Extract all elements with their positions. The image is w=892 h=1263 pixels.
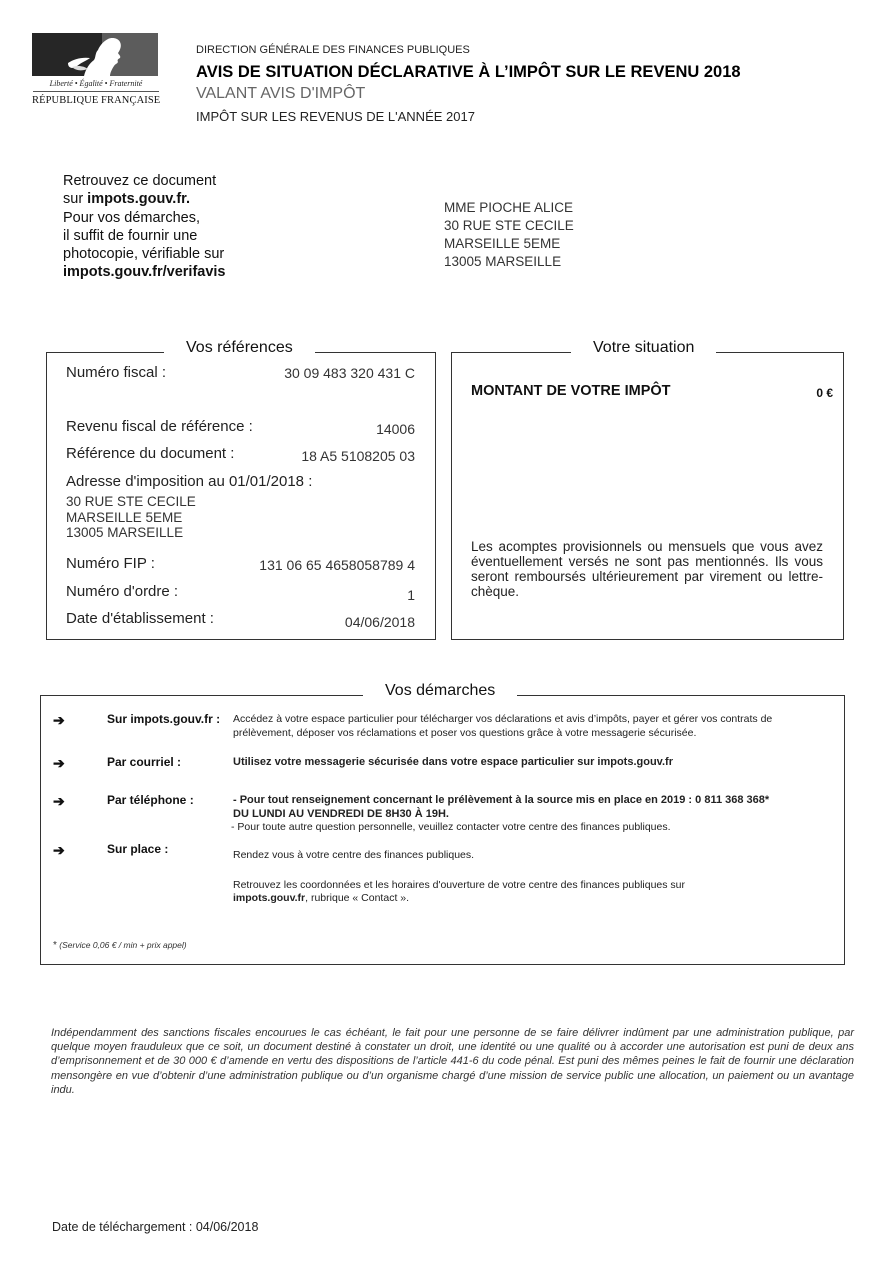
numero-fip-row: Numéro FIP : 131 06 65 4658058789 4 [66,555,415,572]
republique-francaise-logo: Liberté • Égalité • Fraternité RÉPUBLIQU… [32,33,160,109]
arrow-right-icon: ➔ [53,793,65,810]
demarche-text: Accédez à votre espace particulier pour … [233,713,814,740]
situation-title: Votre situation [571,339,716,357]
intro-line: sur impots.gouv.fr. [63,190,226,208]
numero-fip-value: 131 06 65 4658058789 4 [259,557,415,573]
sur-place-line: impots.gouv.fr, rubrique « Contact ». [233,892,814,906]
demarche-label: Par courriel : [107,755,181,769]
demarche-text: Rendez vous à votre centre des finances … [233,849,814,906]
marianne-icon [32,33,158,76]
department-name: DIRECTION GÉNÉRALE DES FINANCES PUBLIQUE… [196,44,470,56]
intro-line: Retrouvez ce document [63,172,226,190]
numero-ordre-row: Numéro d'ordre : 1 [66,583,415,600]
reference-document-value: 18 A5 5108205 03 [301,448,415,464]
motto: Liberté • Égalité • Fraternité [32,79,160,88]
republic-name: RÉPUBLIQUE FRANÇAISE [32,95,160,106]
intro-line: Pour vos démarches, [63,209,226,227]
demarche-text: - Pour tout renseignement concernant le … [233,794,814,835]
contact-rubrique: , rubrique « Contact ». [305,892,409,904]
impots-link[interactable]: impots.gouv.fr. [87,191,190,207]
date-etablissement-value: 04/06/2018 [345,614,415,630]
adresse-district: MARSEILLE 5EME [66,510,196,526]
verifavis-link[interactable]: impots.gouv.fr/verifavis [63,264,226,280]
document-title: AVIS DE SITUATION DÉCLARATIVE À L’IMPÔT … [196,63,741,82]
recipient-address: MME PIOCHE ALICE 30 RUE STE CECILE MARSE… [444,199,574,271]
revenu-fiscal-label: Revenu fiscal de référence : [66,418,253,435]
intro-prefix: sur [63,191,87,207]
document-subtitle: VALANT AVIS D'IMPÔT [196,85,365,103]
adresse-imposition-label: Adresse d'imposition au 01/01/2018 : [66,473,415,490]
sur-place-line: Rendez vous à votre centre des finances … [233,849,814,863]
date-etablissement-label: Date d'établissement : [66,610,214,627]
demarche-text: Utilisez votre messagerie sécurisée dans… [233,756,814,770]
recipient-name: MME PIOCHE ALICE [444,199,574,217]
reference-document-row: Référence du document : 18 A5 5108205 03 [66,445,415,462]
montant-value: 0 € [816,386,833,400]
download-date: Date de téléchargement : 04/06/2018 [52,1220,258,1234]
numero-fip-label: Numéro FIP : [66,555,155,572]
adresse-city: 13005 MARSEILLE [66,525,196,541]
income-year: IMPÔT SUR LES REVENUS DE L'ANNÉE 2017 [196,109,475,124]
recipient-district: MARSEILLE 5EME [444,235,574,253]
arrow-right-icon: ➔ [53,712,65,729]
arrow-right-icon: ➔ [53,755,65,772]
numero-fiscal-row: Numéro fiscal : 30 09 483 320 431 C [66,364,415,381]
impots-link[interactable]: impots.gouv.fr [233,892,305,904]
telephone-other: - Pour toute autre question personnelle,… [231,821,814,835]
footnote: * (Service 0,06 € / min + prix appel) [53,940,187,951]
revenu-fiscal-value: 14006 [376,421,415,437]
revenu-fiscal-row: Revenu fiscal de référence : 14006 [66,418,415,435]
references-box: Vos références Numéro fiscal : 30 09 483… [46,352,436,640]
intro-line: photocopie, vérifiable sur [63,245,226,263]
demarche-label: Sur place : [107,842,168,856]
montant-label: MONTANT DE VOTRE IMPÔT [471,383,671,399]
situation-box: Votre situation MONTANT DE VOTRE IMPÔT 0… [451,352,844,640]
footnote-text: (Service 0,06 € / min + prix appel) [59,940,186,950]
sur-place-line: Retrouvez les coordonnées et les horaire… [233,879,814,893]
demarche-label: Sur impots.gouv.fr : [107,712,220,726]
adresse-imposition: 30 RUE STE CECILE MARSEILLE 5EME 13005 M… [66,494,196,541]
adresse-street: 30 RUE STE CECILE [66,494,196,510]
recipient-city: 13005 MARSEILLE [444,253,574,271]
numero-fiscal-label: Numéro fiscal : [66,364,166,381]
numero-ordre-label: Numéro d'ordre : [66,583,178,600]
intro-text: Retrouvez ce document sur impots.gouv.fr… [63,172,226,282]
telephone-prelevement: - Pour tout renseignement concernant le … [233,794,814,808]
recipient-street: 30 RUE STE CECILE [444,217,574,235]
telephone-hours: DU LUNDI AU VENDREDI DE 8H30 À 19H. [233,808,814,822]
numero-ordre-value: 1 [407,587,415,603]
logo-divider [33,91,159,92]
acomptes-note: Les acomptes provisionnels ou mensuels q… [471,539,823,599]
legal-notice: Indépendamment des sanctions fiscales en… [51,1026,854,1097]
demarches-title: Vos démarches [363,682,517,700]
demarche-label: Par téléphone : [107,793,194,807]
intro-line: il suffit de fournir une [63,227,226,245]
footnote-star: * [53,940,57,951]
date-etablissement-row: Date d'établissement : 04/06/2018 [66,610,415,627]
arrow-right-icon: ➔ [53,842,65,859]
demarches-box: Vos démarches ➔ Sur impots.gouv.fr : Acc… [40,695,845,965]
reference-document-label: Référence du document : [66,445,234,462]
numero-fiscal-value: 30 09 483 320 431 C [284,365,415,381]
references-title: Vos références [164,339,315,357]
